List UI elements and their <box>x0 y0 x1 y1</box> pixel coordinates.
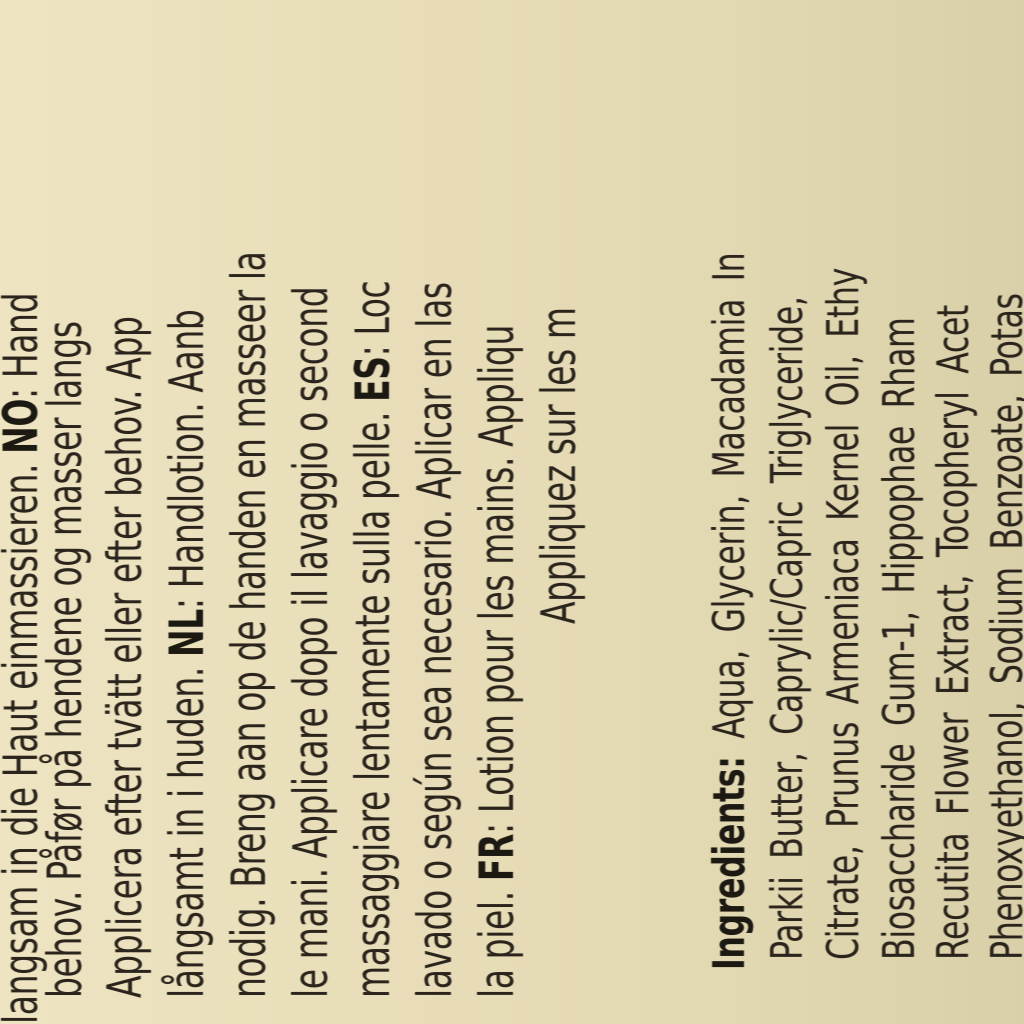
product-label-photo: langsam in die Haut einmassieren. NO: Ha… <box>0 0 1024 1024</box>
rotated-label-text: langsam in die Haut einmassieren. NO: Ha… <box>0 0 1024 1024</box>
directions-line: lavado o según sea necesario. Aplicar en… <box>408 282 463 998</box>
lang-code-es: ES <box>346 356 401 402</box>
directions-line: Appliquez sur les m <box>532 307 587 624</box>
directions-line: le mani. Applicare dopo il lavaggio o se… <box>284 287 339 998</box>
directions-line: massaggiare lentamente sulla pelle. ES: … <box>346 281 401 998</box>
ingredients-heading: Ingredients: <box>704 756 755 970</box>
ingredients-line: Ingredients: Aqua, Glycerin, Macadamia I… <box>704 253 755 970</box>
directions-line: Applicera efter tvätt eller efter behov.… <box>98 316 153 998</box>
directions-line: la piel. FR: Lotion pour les mains. Appl… <box>470 325 525 998</box>
directions-line: långsamt in i huden. NL: Handlotion. Aan… <box>160 310 215 998</box>
lang-code-nl: NL <box>160 609 215 657</box>
directions-line: nodig. Breng aan op de handen en masseer… <box>222 252 277 998</box>
ingredients-line: Phenoxyethanol, Sodium Benzoate, Potas <box>982 293 1024 960</box>
ingredients-line: Recutita Flower Extract, Tocopheryl Acet <box>928 305 979 960</box>
lang-code-fr: FR <box>470 834 525 881</box>
ingredients-line: Parkii Butter, Caprylic/Capric Triglycer… <box>762 296 813 960</box>
ingredients-line: Citrate, Prunus Armeniaca Kernel Oil, Et… <box>818 268 869 960</box>
ingredients-line: Biosaccharide Gum-1, Hippophae Rham <box>874 318 925 960</box>
directions-line: behov. Påfør på hendene og masser langs <box>38 321 93 998</box>
